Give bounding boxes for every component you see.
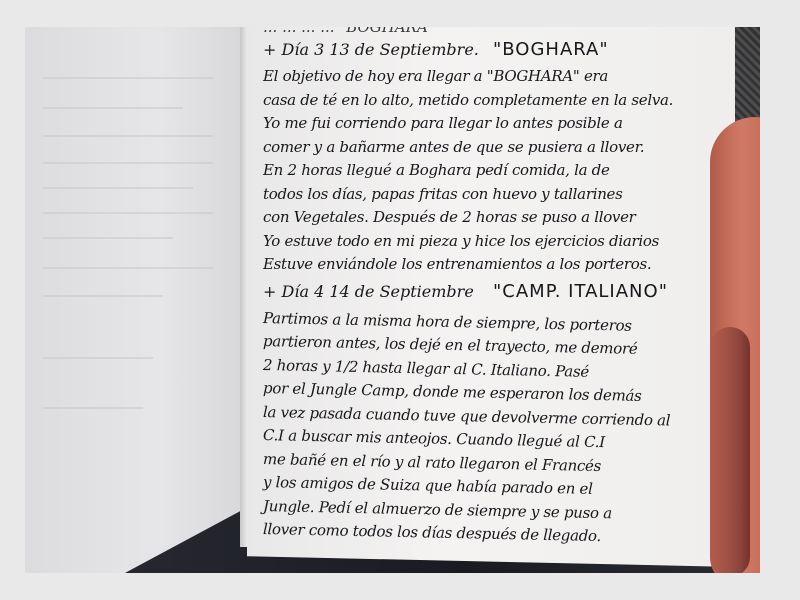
text-line: todos los días, papas fritas con huevo y… <box>263 183 723 207</box>
text-line: El objetivo de hoy era llegar a "BOGHARA… <box>263 65 723 89</box>
entry-heading-day-3: + Día 3 13 de Septiembre. "BOGHARA" <box>263 35 723 65</box>
entry-body-day-4: Partimos a la misma hora de siempre, los… <box>263 307 723 542</box>
text-line: casa de té en lo alto, metido completame… <box>263 89 723 113</box>
entry-place: "BOGHARA" <box>493 35 609 65</box>
notebook-photo: ... ... ... ... "BOGHARA" + Día 3 13 de … <box>25 27 760 573</box>
text-line: comer y a bañarme antes de que se pusier… <box>263 136 723 160</box>
text-line: con Vegetales. Después de 2 horas se pus… <box>263 206 723 230</box>
text-line: Yo me fui corriendo para llegar lo antes… <box>263 112 723 136</box>
cut-off-top-line: ... ... ... ... "BOGHARA" <box>263 27 723 35</box>
left-notebook-page <box>25 27 247 573</box>
handwritten-text: ... ... ... ... "BOGHARA" + Día 3 13 de … <box>263 27 723 542</box>
entry-date: + Día 4 14 de Septiembre <box>263 277 493 307</box>
entry-heading-day-4: + Día 4 14 de Septiembre "CAMP. ITALIANO… <box>263 277 723 307</box>
entry-date: + Día 3 13 de Septiembre. <box>263 35 493 65</box>
entry-place: "CAMP. ITALIANO" <box>493 277 668 307</box>
text-line: Estuve enviándole los entrenamientos a l… <box>263 253 723 277</box>
right-notebook-page: ... ... ... ... "BOGHARA" + Día 3 13 de … <box>247 27 735 567</box>
text-line: En 2 horas llegué a Boghara pedí comida,… <box>263 159 723 183</box>
thumb-shadow <box>710 327 750 573</box>
text-line: Yo estuve todo en mi pieza y hice los ej… <box>263 230 723 254</box>
